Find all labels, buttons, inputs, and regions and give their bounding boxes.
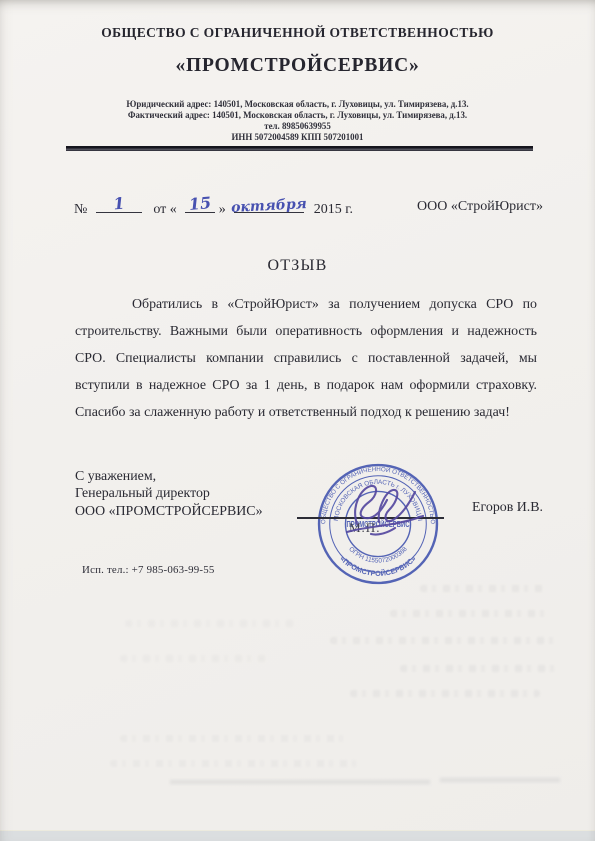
org-type-heading: ОБЩЕСТВО С ОГРАНИЧЕННОЙ ОТВЕТСТВЕННОСТЬЮ bbox=[0, 25, 595, 41]
actual-address-line: Фактический адрес: 140501, Московская об… bbox=[0, 110, 595, 121]
director-handwritten-signature bbox=[327, 476, 442, 548]
closing-quote: » bbox=[219, 202, 226, 217]
bleed-through-artifact bbox=[125, 620, 295, 627]
regards-line: С уважением, bbox=[75, 468, 263, 485]
reference-line: № 1 от « 15 » октября 2015 г. bbox=[74, 197, 358, 218]
month-blank-underline: октября bbox=[234, 197, 304, 213]
svg-text:«ПРОМСТРОЙСЕРВИС»: «ПРОМСТРОЙСЕРВИС» bbox=[338, 554, 418, 578]
scanned-letter-page: ОБЩЕСТВО С ОГРАНИЧЕННОЙ ОТВЕТСТВЕННОСТЬЮ… bbox=[0, 0, 595, 841]
number-blank-underline: 1 bbox=[96, 197, 142, 213]
scan-smudge bbox=[170, 780, 430, 784]
number-sign: № bbox=[74, 202, 87, 217]
signer-name: Егоров И.В. bbox=[472, 500, 543, 516]
year-text: 2015 г. bbox=[314, 202, 353, 217]
bleed-through-artifact bbox=[330, 637, 555, 644]
stamp-outer-bottom-text: «ПРОМСТРОЙСЕРВИС» bbox=[338, 554, 418, 578]
day-blank-underline: 15 bbox=[185, 197, 215, 213]
company-line: ООО «ПРОМСТРОЙСЕРВИС» bbox=[75, 503, 263, 520]
position-line: Генеральный директор bbox=[75, 485, 263, 502]
letterhead-contacts: Юридический адрес: 140501, Московская об… bbox=[0, 99, 595, 143]
scan-smudge bbox=[440, 778, 560, 782]
bleed-through-artifact bbox=[120, 735, 350, 742]
phone-line: тел. 89850639955 bbox=[0, 121, 595, 132]
letterhead-divider-rule bbox=[66, 146, 533, 151]
from-label: от « bbox=[153, 202, 176, 217]
scan-edge-bottom bbox=[0, 830, 595, 841]
bleed-through-artifact bbox=[400, 665, 555, 672]
org-name-heading: «ПРОМСТРОЙСЕРВИС» bbox=[0, 55, 595, 77]
bleed-through-artifact bbox=[110, 760, 360, 767]
legal-address-line: Юридический адрес: 140501, Московская об… bbox=[0, 99, 595, 110]
handwritten-number: 1 bbox=[112, 194, 125, 214]
bleed-through-artifact bbox=[350, 690, 540, 697]
addressee-company: ООО «СтройЮрист» bbox=[417, 199, 543, 215]
handwritten-month: октября bbox=[231, 196, 308, 216]
inn-kpp-line: ИНН 5072004589 КПП 507201001 bbox=[0, 132, 595, 143]
review-paragraph: Обратились в «СтройЮрист» за получением … bbox=[75, 291, 537, 426]
document-title: ОТЗЫВ bbox=[0, 257, 595, 275]
handwritten-day: 15 bbox=[188, 193, 212, 214]
bleed-through-artifact bbox=[120, 655, 270, 662]
bleed-through-artifact bbox=[420, 585, 545, 592]
executor-phone-line: Исп. тел.: +7 985-063-99-55 bbox=[82, 564, 215, 576]
closing-block: С уважением, Генеральный директор ООО «П… bbox=[75, 468, 263, 520]
bleed-through-artifact bbox=[390, 610, 550, 617]
